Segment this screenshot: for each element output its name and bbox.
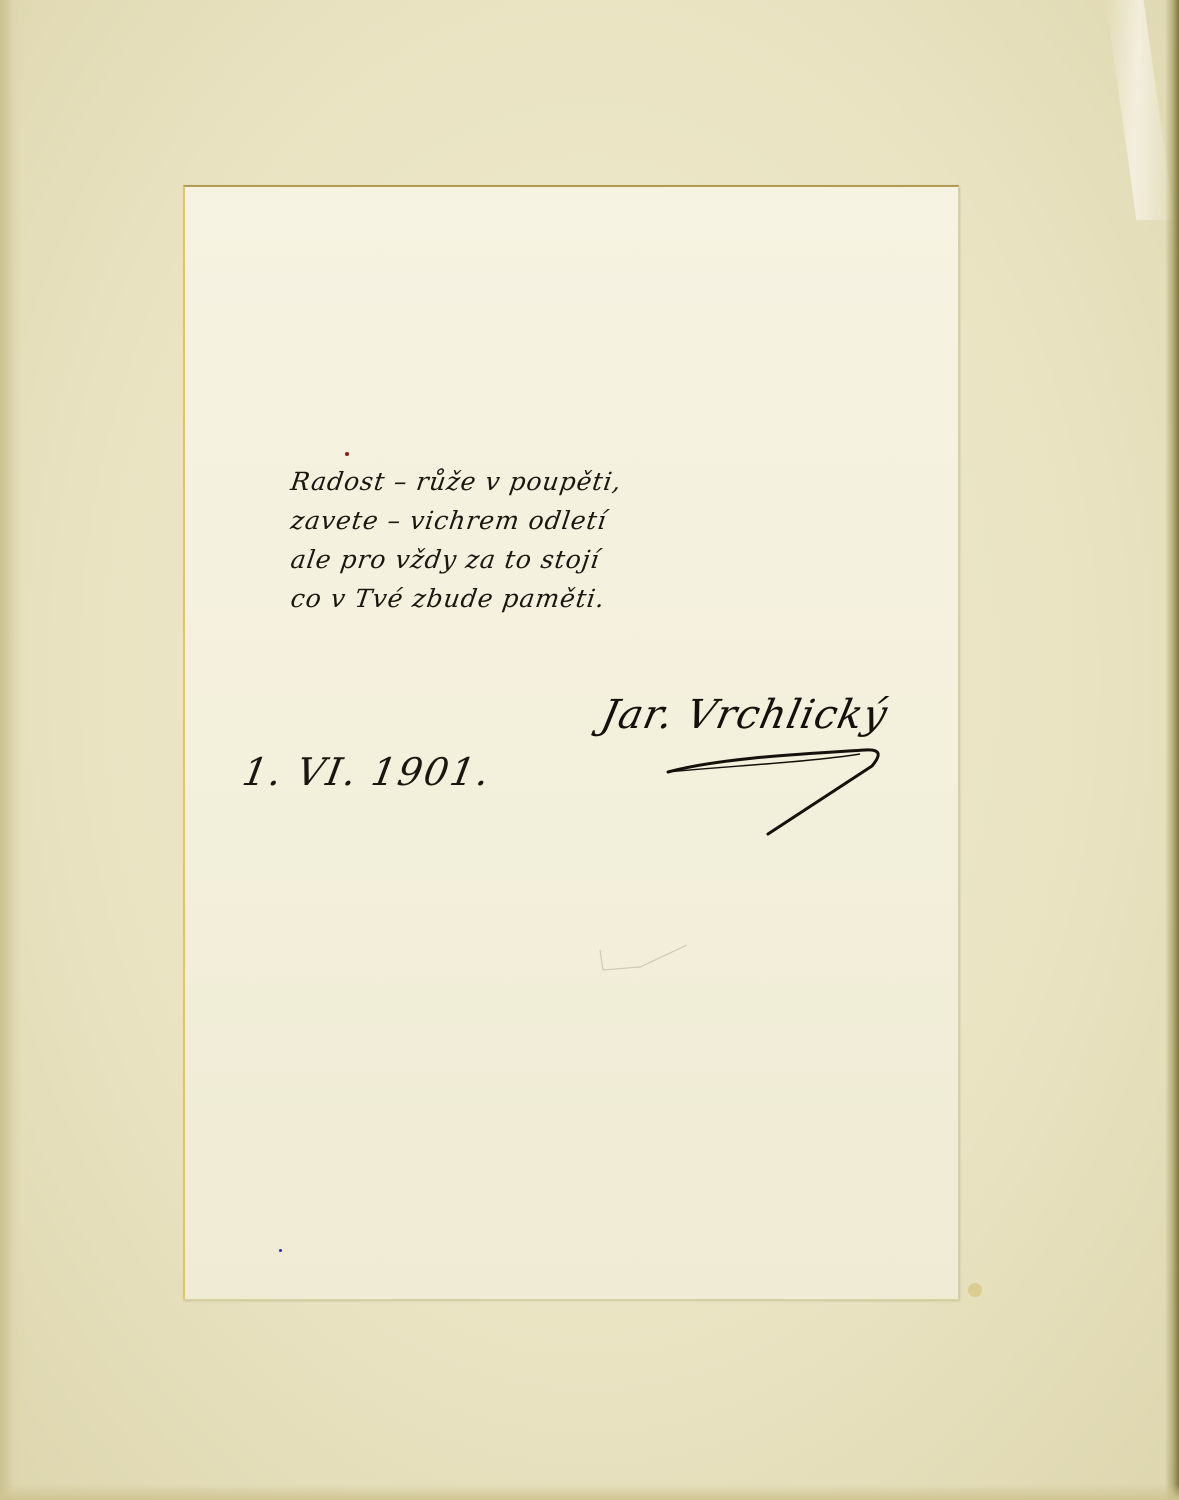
faint-pencil-mark-icon <box>595 935 695 985</box>
poem-line: zavete – vichrem odletí <box>288 501 713 540</box>
date: 1. VI. 1901. <box>239 750 494 794</box>
page-bottom-edge <box>0 1484 1179 1500</box>
signature-flourish-icon <box>660 740 890 840</box>
ink-spot <box>345 452 349 456</box>
page-right-edge <box>1165 0 1179 1500</box>
poem-line: Radost – růže v poupěti, <box>288 462 713 501</box>
signature: Jar. Vrchlický <box>597 692 892 738</box>
paper-stain <box>968 1283 982 1297</box>
album-page: Radost – růže v poupěti, zavete – vichre… <box>0 0 1179 1500</box>
poem-line: co v Tvé zbude paměti. <box>288 579 713 618</box>
handwritten-poem: Radost – růže v poupěti, zavete – vichre… <box>291 462 711 618</box>
page-left-edge <box>0 0 22 1500</box>
ink-spot-blue <box>279 1249 282 1252</box>
poem-line: ale pro vždy za to stojí <box>288 540 713 579</box>
